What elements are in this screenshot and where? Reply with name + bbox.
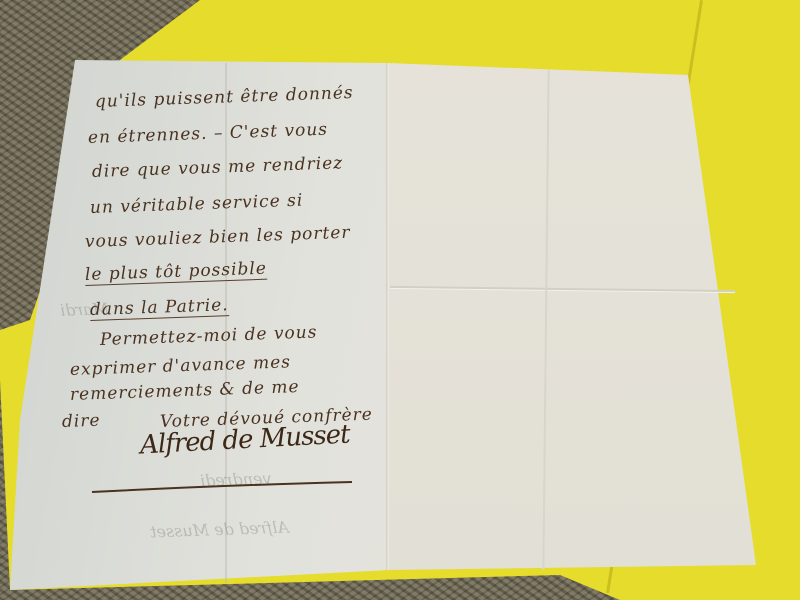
letter-line: vous vouliez bien les porter xyxy=(85,223,351,252)
ink-bleed-through: Alfred de Musset xyxy=(150,518,289,542)
letter-line: dire que vous me rendriez xyxy=(92,153,344,182)
letter-line: remerciements & de me xyxy=(70,377,300,405)
letter-line: Permettez-moi de vous xyxy=(100,322,318,350)
letter-line: le plus tôt possible xyxy=(85,259,268,286)
handwritten-text: Alfred de Musset Mardi vendredi qu'ils p… xyxy=(0,0,800,600)
letter-line: dire xyxy=(62,411,101,432)
letter: Alfred de Musset Mardi vendredi qu'ils p… xyxy=(0,0,800,600)
letter-line: un véritable service si xyxy=(90,191,304,218)
signature-flourish xyxy=(90,478,360,498)
letter-line: dans la Patrie. xyxy=(90,295,229,321)
letter-line: en étrennes. – C'est vous xyxy=(88,120,329,148)
letter-line: exprimer d'avance mes xyxy=(70,352,292,380)
letter-line: qu'ils puissent être donnés xyxy=(95,83,354,112)
